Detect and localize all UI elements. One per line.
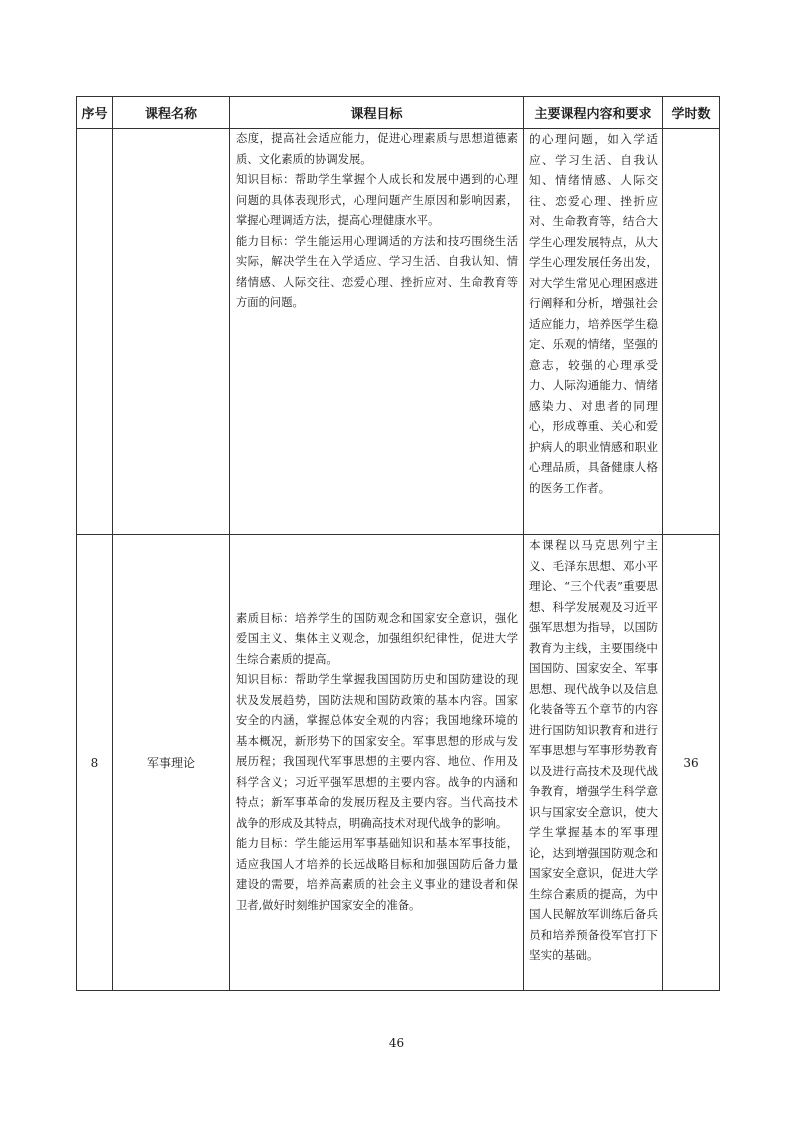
target-paragraph: 素质目标：培养学生的国防观念和国家安全意识，强化爱国主义、集体主义观念，加强组织…	[236, 609, 518, 671]
header-index: 序号	[77, 97, 113, 129]
header-hours: 学时数	[663, 97, 720, 129]
row-course-name: 军事理论	[113, 535, 230, 991]
row-course-name	[113, 129, 230, 535]
header-content-requirements: 主要课程内容和要求	[524, 97, 663, 129]
requirements-text: 的心理问题，如入学适应、学习生活、自我认知、情绪情感、人际交往、恋爱心理、挫折应…	[524, 129, 662, 498]
target-paragraph: 知识目标：帮助学生掌握我国国防历史和国防建设的现状及发展趋势，国防法规和国防政策…	[236, 670, 518, 834]
table-row: 8 军事理论 素质目标：培养学生的国防观念和国家安全意识，强化爱国主义、集体主义…	[77, 535, 720, 991]
row-requirements: 本课程以马克思列宁主义、毛泽东思想、邓小平理论、“三个代表”重要思想、科学发展观…	[524, 535, 663, 991]
row-course-target: 态度，提高社会适应能力，促进心理素质与思想道德素质、文化素质的协调发展。 知识目…	[230, 129, 524, 535]
header-course-name: 课程名称	[113, 97, 230, 129]
table-header-row: 序号 课程名称 课程目标 主要课程内容和要求 学时数	[77, 97, 720, 129]
course-table: 序号 课程名称 课程目标 主要课程内容和要求 学时数 态度，提高社会适应能力，促…	[76, 96, 720, 991]
row-requirements: 的心理问题，如入学适应、学习生活、自我认知、情绪情感、人际交往、恋爱心理、挫折应…	[524, 129, 663, 535]
header-course-target: 课程目标	[230, 97, 524, 129]
target-paragraph: 能力目标：学生能运用军事基础知识和基本军事技能，适应我国人才培养的长远战略目标和…	[236, 834, 518, 916]
target-paragraph: 态度，提高社会适应能力，促进心理素质与思想道德素质、文化素质的协调发展。	[236, 129, 518, 170]
row-hours: 36	[663, 535, 720, 991]
row-course-target: 素质目标：培养学生的国防观念和国家安全意识，强化爱国主义、集体主义观念，加强组织…	[230, 535, 524, 991]
target-paragraph: 能力目标：学生能运用心理调适的方法和技巧围绕生活实际，解决学生在入学适应、学习生…	[236, 232, 518, 314]
row-hours	[663, 129, 720, 535]
target-paragraph: 知识目标：帮助学生掌握个人成长和发展中遇到的心理问题的具体表现形式，心理问题产生…	[236, 170, 518, 232]
row-index: 8	[77, 535, 113, 991]
row-index	[77, 129, 113, 535]
page-number: 46	[0, 1036, 793, 1050]
requirements-text: 本课程以马克思列宁主义、毛泽东思想、邓小平理论、“三个代表”重要思想、科学发展观…	[524, 535, 662, 966]
table-row: 态度，提高社会适应能力，促进心理素质与思想道德素质、文化素质的协调发展。 知识目…	[77, 129, 720, 535]
